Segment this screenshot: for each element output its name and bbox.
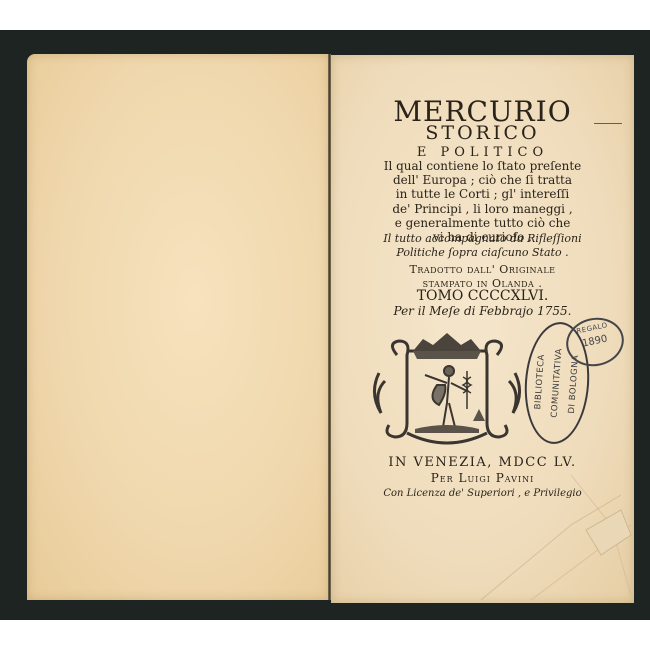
imprint-city-year: IN VENEZIA, MDCC LV. bbox=[331, 456, 634, 470]
book-subtitle-storico: STORICO bbox=[331, 123, 634, 143]
description-line: dell' Europa ; ciò che ſi tratta bbox=[331, 173, 634, 187]
translation-line: Tradotto dall' Originale bbox=[331, 263, 634, 277]
italic-line: Il tutto accompagnato da Rifleſſioni bbox=[331, 232, 634, 246]
italic-line: Politiche ſopra ciaſcuno Stato . bbox=[331, 246, 634, 260]
translation-note: Tradotto dall' Originale stampato in Ola… bbox=[331, 263, 634, 291]
issue-date: Per il Meſe di Febbrajo 1755. bbox=[331, 304, 634, 318]
description-line: Il qual contiene lo ſtato preſente bbox=[331, 159, 634, 173]
description-line: in tutte le Corti ; gl' intereſſi bbox=[331, 187, 634, 201]
stamp-line: BIBLIOTECA bbox=[533, 354, 547, 410]
italic-note: Il tutto accompagnato da Rifleſſioni Pol… bbox=[331, 232, 634, 259]
license-note: Con Licenza de' Superiori , e Privilegio bbox=[331, 488, 634, 500]
book-subtitle-politico: E POLITICO bbox=[331, 146, 634, 160]
volume-number: TOMO CCCCXLVI. bbox=[331, 289, 634, 304]
publisher: Per Luigi Pavini bbox=[331, 471, 634, 485]
stamp-line: COMUNITATIVA bbox=[550, 348, 565, 418]
description-line: e generalmente tutto ciò che bbox=[331, 216, 634, 230]
left-blank-page bbox=[27, 54, 329, 600]
description-line: de' Principi , li loro maneggi , bbox=[331, 202, 634, 216]
mercury-caduceus-icon bbox=[367, 333, 527, 453]
